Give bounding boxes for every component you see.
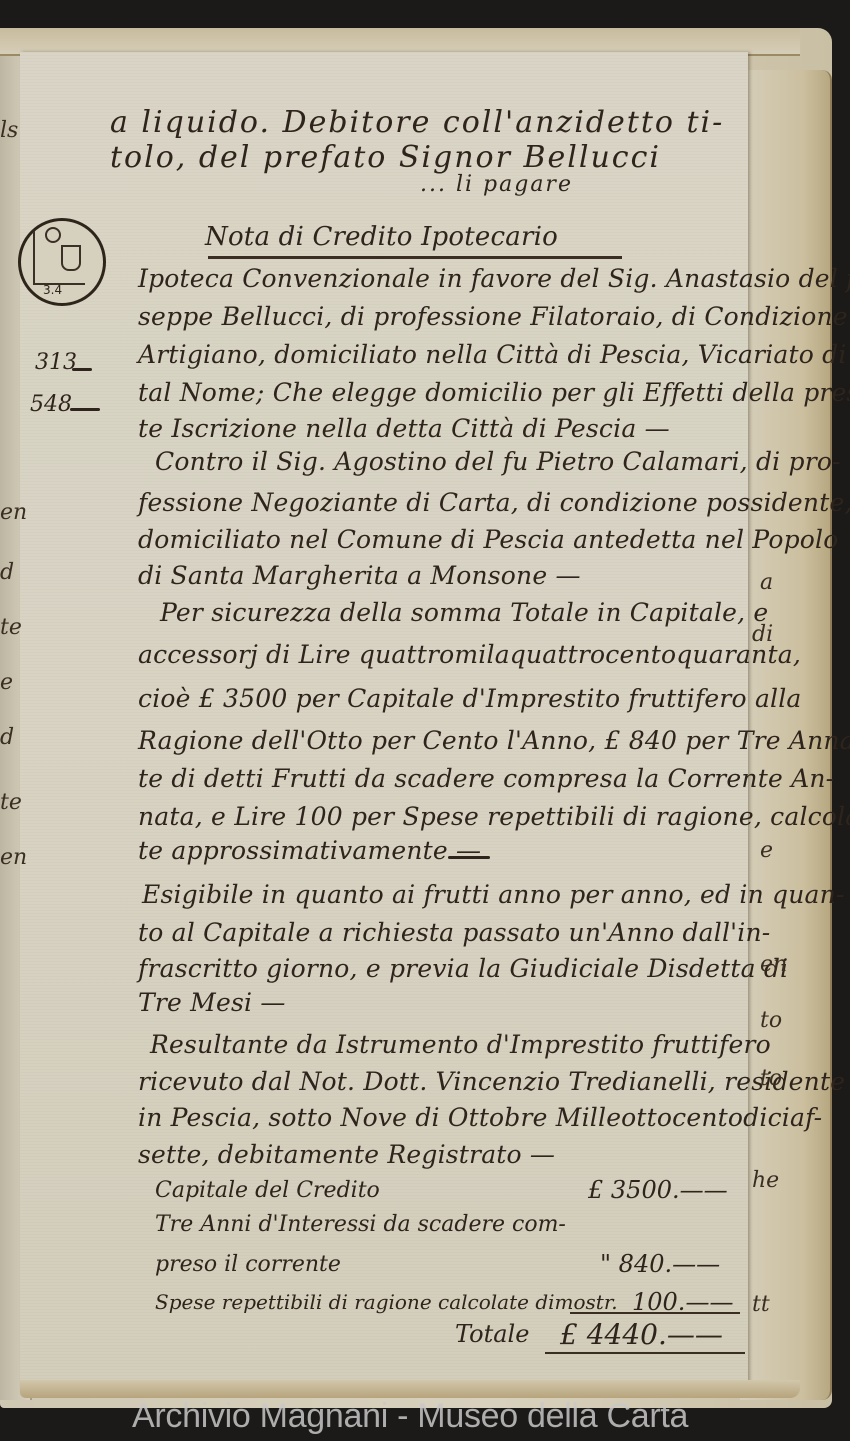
paragraph-line: Tre Mesi —	[138, 988, 286, 1017]
paragraph-line: Ipoteca Convenzionale in favore del Sig.…	[138, 264, 850, 293]
ledger-row: Tre Anni d'Interessi da scadere com-	[155, 1212, 566, 1237]
edge-fragment: te	[0, 615, 22, 640]
ledger-label: Capitale del Credito	[155, 1178, 380, 1203]
edge-fragment: e	[760, 838, 773, 863]
dash	[70, 408, 100, 411]
paragraph-line: Esigibile in quanto ai frutti anno per a…	[142, 880, 845, 909]
edge-fragment: en	[0, 845, 27, 870]
total-amount: £ 4440.——	[560, 1318, 723, 1351]
paragraph-line: di Santa Margherita a Monsone —	[138, 561, 581, 590]
paragraph-line: to al Capitale a richiesta passato un'An…	[138, 918, 770, 947]
edge-fragment: to	[760, 1008, 782, 1033]
paragraph-line: ricevuto dal Not. Dott. Vincenzio Tredia…	[138, 1067, 845, 1096]
carryover-line-1: a liquido. Debitore coll'anzidetto ti-	[110, 105, 724, 140]
edge-fragment: he	[752, 1168, 779, 1193]
paragraph-line: domiciliato nel Comune di Pescia antedet…	[138, 525, 838, 554]
paragraph-line: te Iscrizione nella detta Città di Pesci…	[138, 414, 670, 443]
total-label: Totale	[455, 1320, 529, 1348]
edge-fragment: d	[0, 560, 14, 585]
bottom-paper-edge	[20, 1380, 800, 1398]
ledger-label: preso il corrente	[155, 1252, 341, 1277]
paragraph-line: frascritto giorno, e previa la Giudicial…	[138, 954, 788, 983]
ledger-label: Tre Anni d'Interessi da scadere com-	[155, 1212, 566, 1237]
paragraph-line: accessorj di Lire quattromilaquattrocent…	[138, 640, 801, 669]
edge-fragment: tt	[752, 1292, 770, 1317]
revenue-stamp-icon: 3.4	[18, 218, 106, 306]
edge-fragment: te	[0, 790, 22, 815]
title-underline	[208, 256, 622, 259]
ledger-row: preso il corrente	[155, 1252, 341, 1277]
total-double-underline	[545, 1352, 745, 1354]
ledger-label: Spese repettibili di ragione calcolate d…	[155, 1290, 618, 1314]
dash	[72, 368, 92, 371]
paragraph-line: te di detti Frutti da scadere compresa l…	[138, 764, 834, 793]
paragraph-line: in Pescia, sotto Nove di Ottobre Milleot…	[138, 1103, 822, 1132]
paragraph-line: seppe Bellucci, di professione Filatorai…	[138, 302, 848, 331]
ledger-amount: " 840.——	[600, 1250, 720, 1278]
ledger-row: Spese repettibili di ragione calcolate d…	[155, 1290, 618, 1314]
sum-rule	[570, 1312, 740, 1314]
stamp-value: 3.4	[43, 283, 62, 297]
paragraph-line: Artigiano, domiciliato nella Città di Pe…	[138, 340, 847, 369]
ledger-amount: £ 3500.——	[588, 1176, 728, 1204]
paragraph-line: nata, e Lire 100 per Spese repettibili d…	[138, 802, 850, 831]
edge-fragment: a	[760, 570, 773, 595]
paragraph-line: Ragione dell'Otto per Cento l'Anno, £ 84…	[138, 726, 850, 755]
edge-fragment: d	[0, 725, 14, 750]
paragraph-line: te approssimativamente —	[138, 836, 481, 865]
paragraph-line: tal Nome; Che elegge domicilio per gli E…	[138, 378, 850, 407]
dash	[448, 856, 490, 859]
edge-fragment: ls	[0, 118, 18, 143]
paragraph-line: Contro il Sig. Agostino del fu Pietro Ca…	[155, 447, 841, 476]
margin-number: 548	[30, 392, 72, 417]
edge-fragment: en	[760, 952, 787, 977]
margin-number: 313	[35, 350, 77, 375]
edge-fragment: di	[752, 622, 773, 647]
paragraph-line: Per sicurezza della somma Totale in Capi…	[160, 598, 768, 627]
edge-fragment: to	[760, 1066, 782, 1091]
paragraph-line: sette, debitamente Registrato —	[138, 1140, 555, 1169]
paragraph-line: cioè £ 3500 per Capitale d'Imprestito fr…	[138, 684, 802, 713]
paragraph-line: fessione Negoziante di Carta, di condizi…	[138, 488, 850, 517]
archive-watermark: Archivio Magnani - Museo della Carta	[132, 1397, 688, 1436]
stamp-figure-icon	[33, 227, 85, 285]
edge-fragment: e	[0, 670, 13, 695]
scanned-document: ls en d te e d te en a liquido. Debitore…	[0, 0, 850, 1441]
ledger-row: Capitale del Credito	[155, 1178, 380, 1203]
edge-fragment: en	[0, 500, 27, 525]
carryover-line-3: ... li pagare	[420, 172, 573, 197]
paragraph-line: Resultante da Istrumento d'Imprestito fr…	[150, 1030, 771, 1059]
carryover-line-2: tolo, del prefato Signor Bellucci	[110, 140, 661, 175]
document-title: Nota di Credito Ipotecario	[205, 222, 558, 252]
